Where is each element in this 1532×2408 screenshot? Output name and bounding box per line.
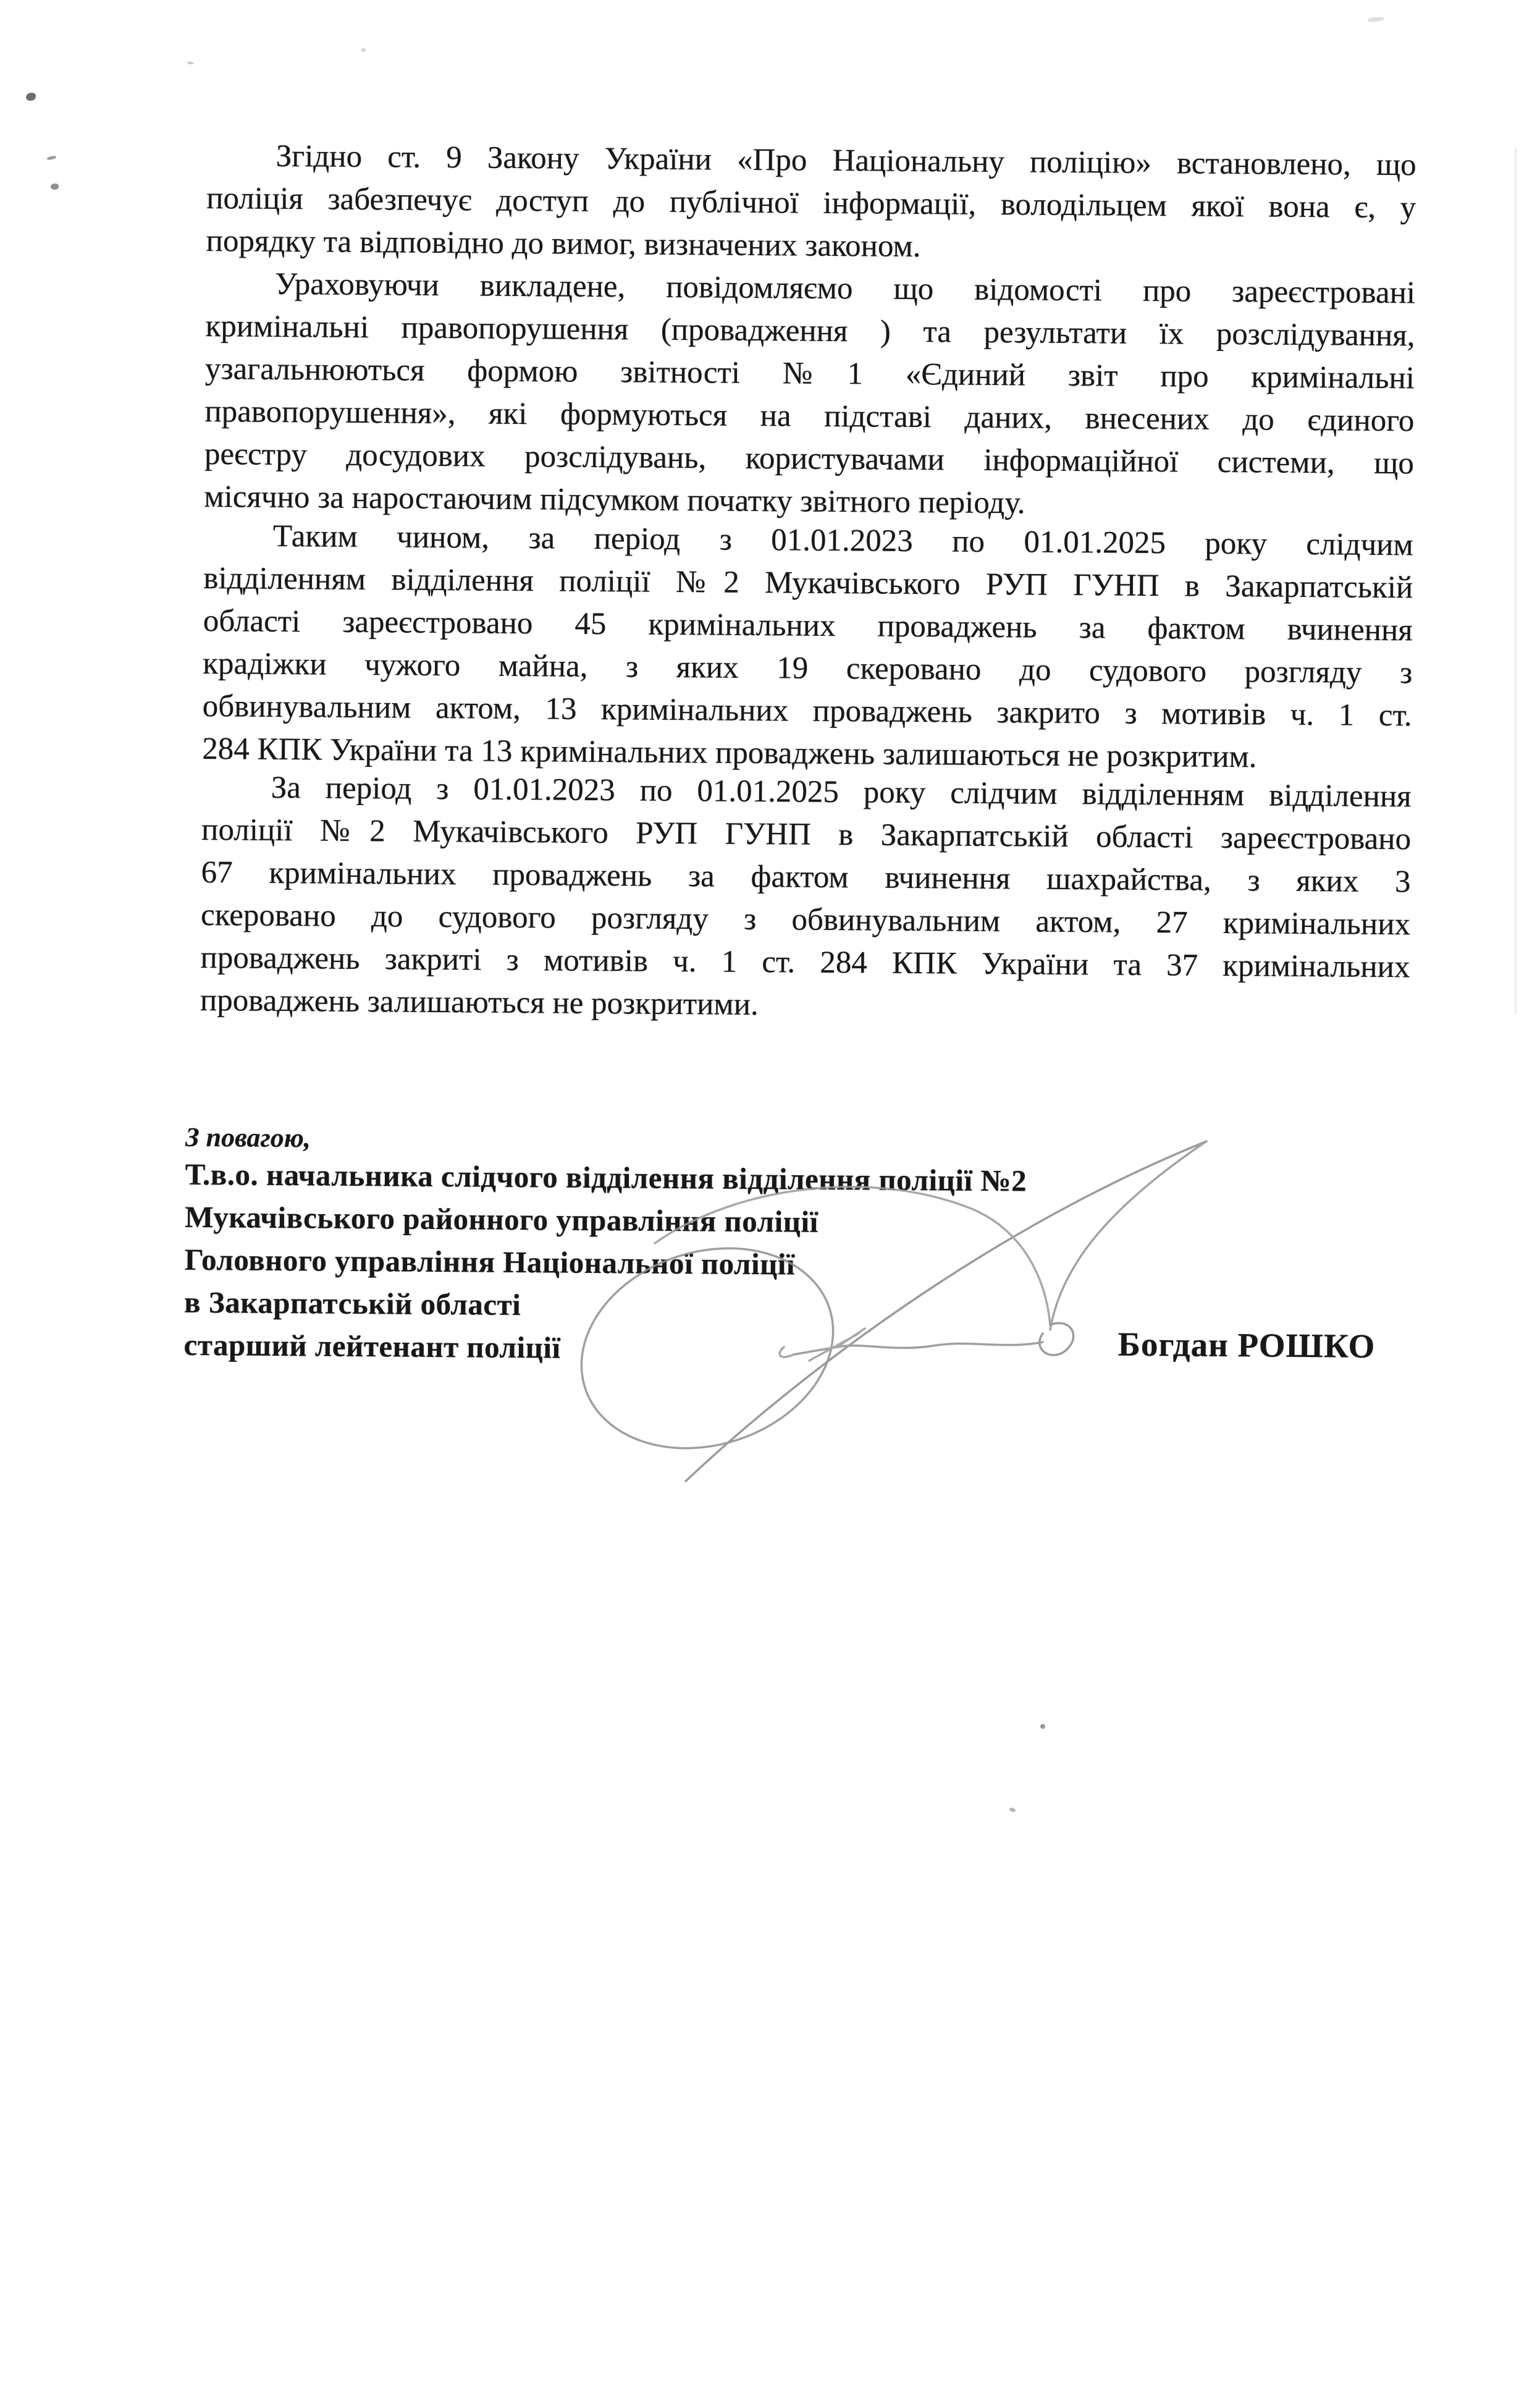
scan-speck xyxy=(51,184,59,190)
scan-edge-artifact xyxy=(1515,148,1517,1013)
scan-speck xyxy=(47,155,57,160)
scanned-document-page: Згідно ст. 9 Закону України «Про Націона… xyxy=(0,0,1532,2408)
scan-speck xyxy=(26,93,36,101)
letter-body: Згідно ст. 9 Закону України «Про Націона… xyxy=(195,135,1416,1627)
scan-speck xyxy=(1040,1724,1045,1729)
scan-speck xyxy=(187,61,194,64)
paragraph: За період з 01.01.2023 по 01.01.2025 рок… xyxy=(200,766,1412,1031)
scan-speck xyxy=(1009,1807,1016,1812)
scan-speck xyxy=(1368,17,1384,23)
scan-speck xyxy=(361,48,366,52)
paragraph: Згідно ст. 9 Закону України «Про Націона… xyxy=(206,135,1416,272)
signer-name: Богдан РОШКО xyxy=(1117,1325,1375,1366)
paragraph: Ураховуючи викладене, повідомляємо що ві… xyxy=(204,263,1415,528)
paragraph: Таким чином, за період з 01.01.2023 по 0… xyxy=(202,515,1413,780)
signature-block: З повагою, Т.в.о. начальника слідчого ві… xyxy=(183,1122,1408,1376)
